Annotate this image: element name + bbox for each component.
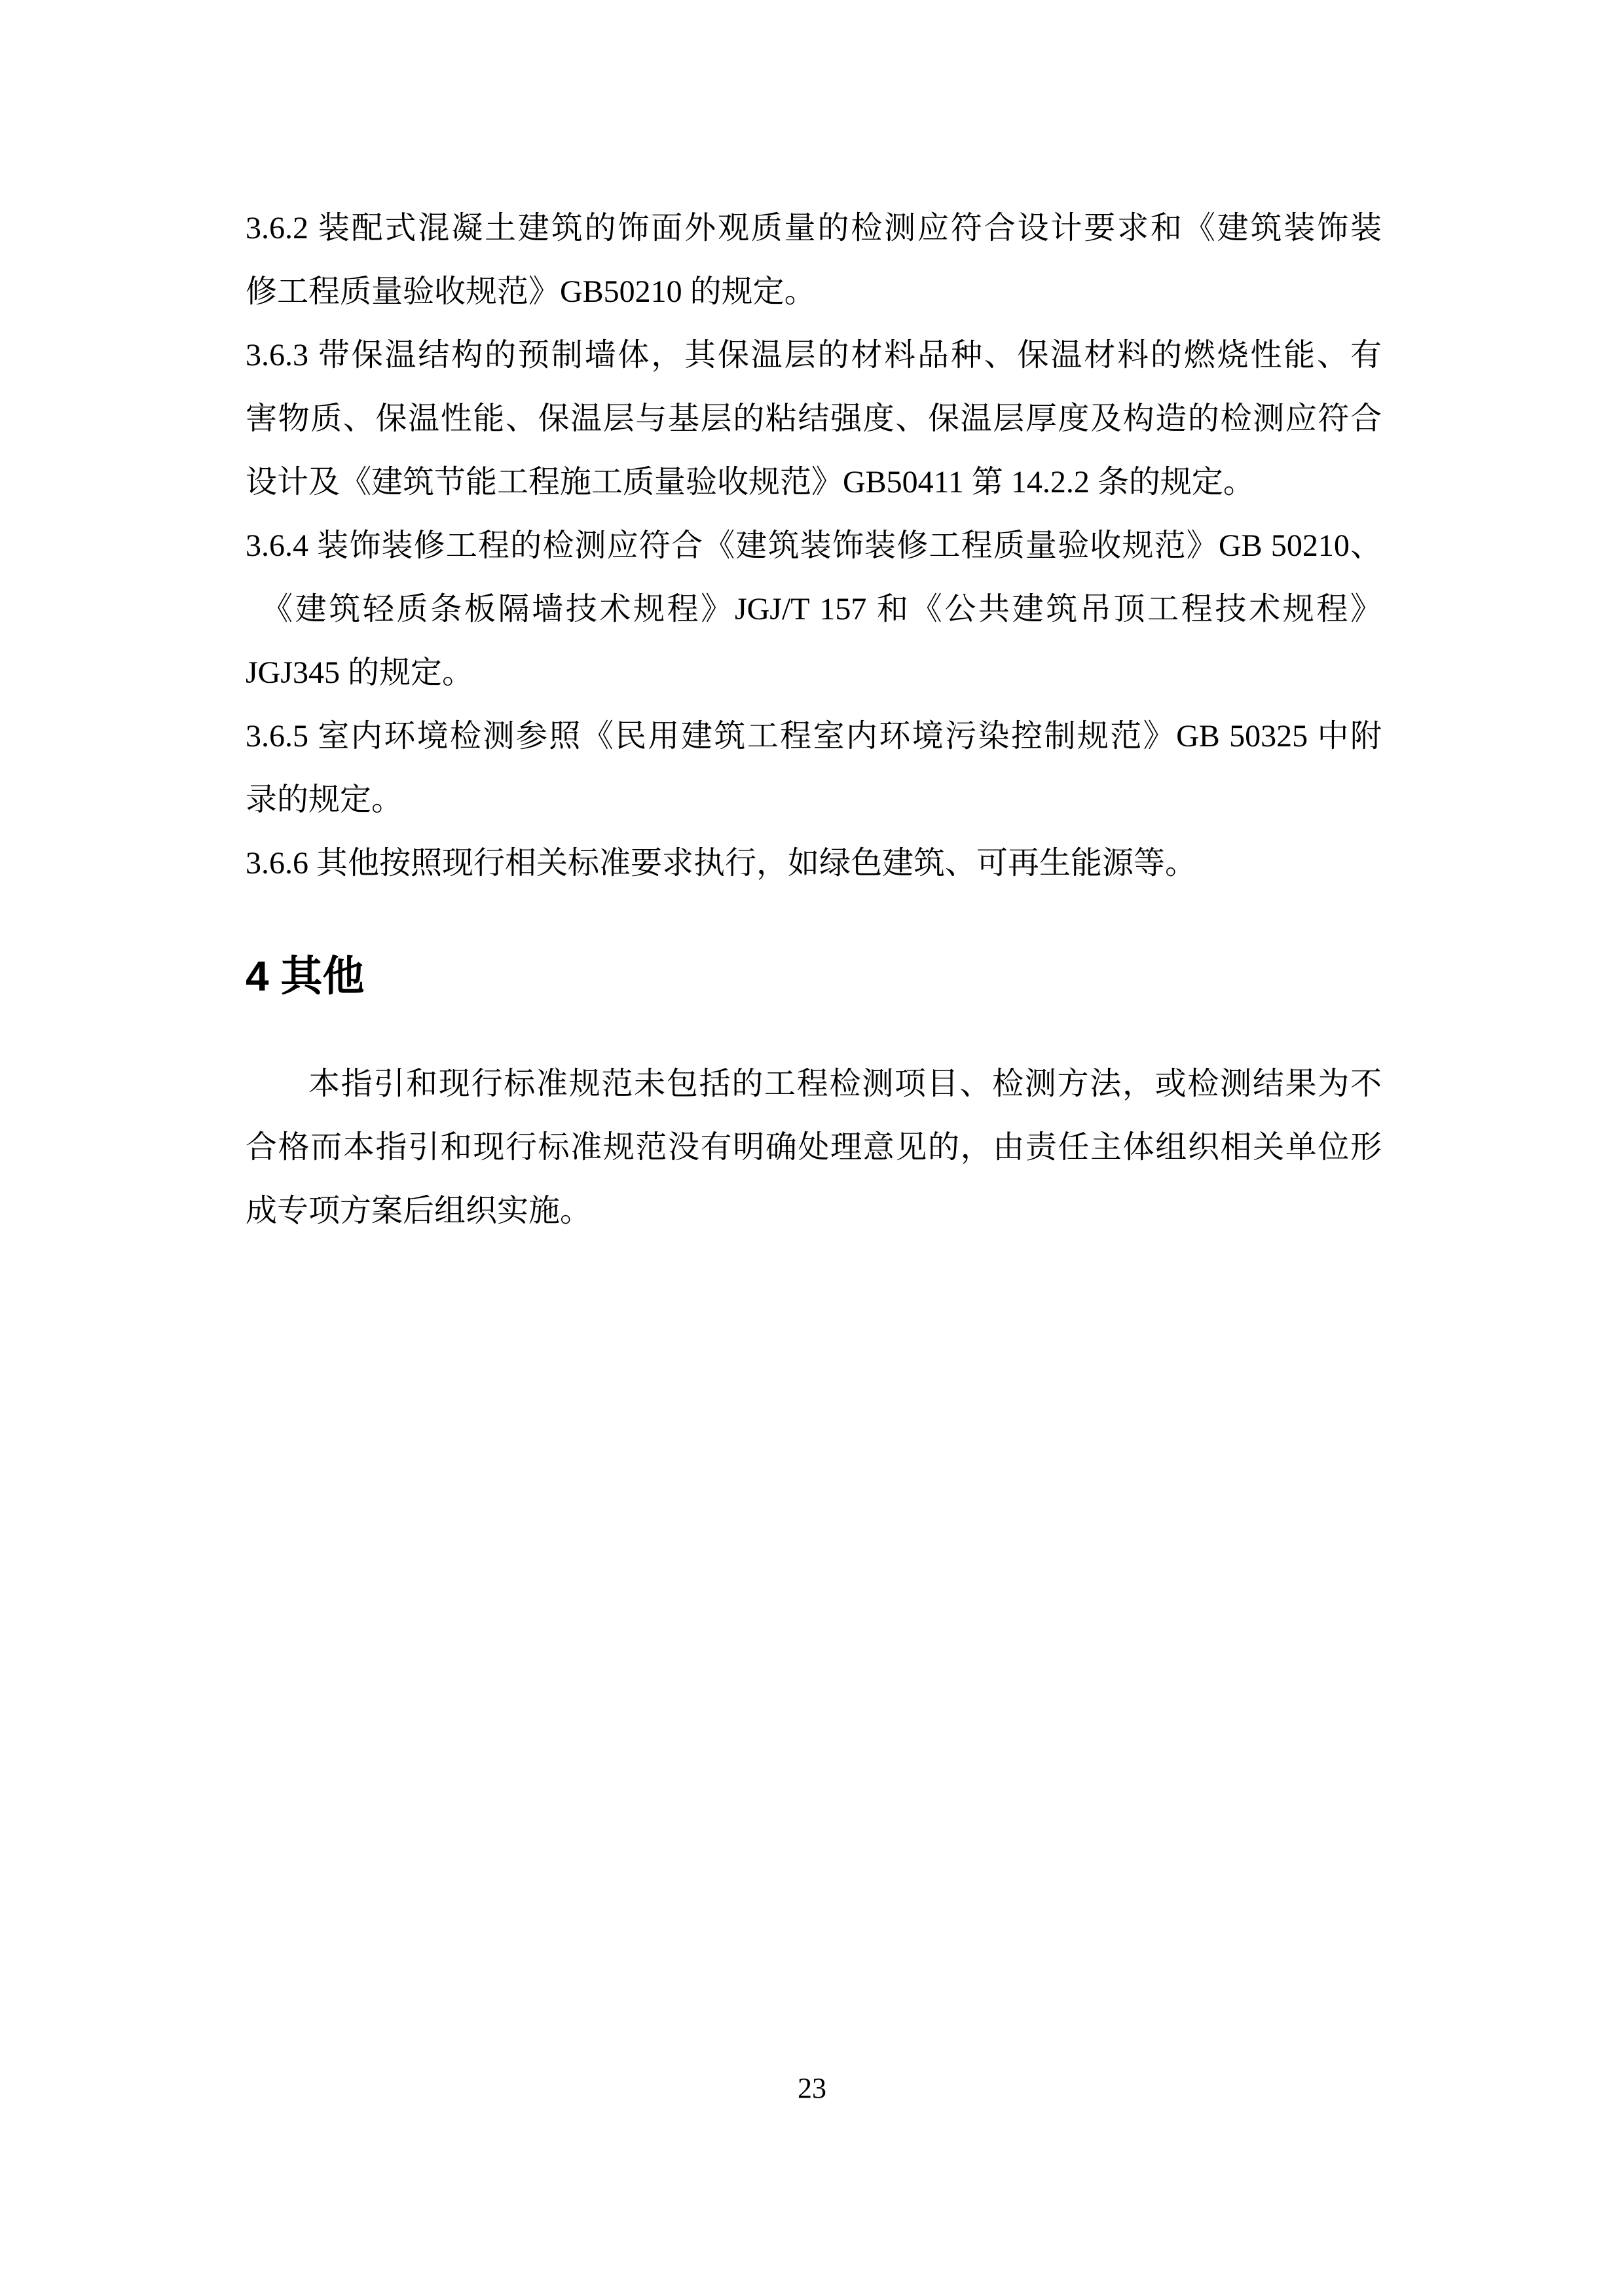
document-page: 3.6.2 装配式混凝土建筑的饰面外观质量的检测应符合设计要求和《建筑装饰装 修… [0,0,1624,2296]
closing-paragraph-line-2: 合格而本指引和现行标准规范没有明确处理意见的，由责任主体组织相关单位形 [246,1116,1382,1179]
clause-3-6-4-line-1: 3.6.4 装饰装修工程的检测应符合《建筑装饰装修工程质量验收规范》GB 502… [246,514,1382,577]
clause-3-6-3-line-2: 害物质、保温性能、保温层与基层的粘结强度、保温层厚度及构造的检测应符合 [246,387,1382,450]
page-number: 23 [0,2069,1624,2108]
clause-3-6-6-line-1: 3.6.6 其他按照现行相关标准要求执行，如绿色建筑、可再生能源等。 [246,831,1382,895]
closing-paragraph-line-1: 本指引和现行标准规范未包括的工程检测项目、检测方法，或检测结果为不 [246,1052,1382,1116]
clause-3-6-4-line-3: JGJ345 的规定。 [246,641,1382,704]
clause-3-6-2-line-2: 修工程质量验收规范》GB50210 的规定。 [246,260,1382,323]
section-heading-4-other: 4 其他 [246,946,1382,1006]
closing-paragraph: 本指引和现行标准规范未包括的工程检测项目、检测方法，或检测结果为不 合格而本指引… [246,1052,1382,1243]
closing-paragraph-line-3: 成专项方案后组织实施。 [246,1179,1382,1243]
clause-3-6-5-line-1: 3.6.5 室内环境检测参照《民用建筑工程室内环境污染控制规范》GB 50325… [246,704,1382,768]
clause-3-6-5-line-2: 录的规定。 [246,768,1382,831]
clause-3-6-3-line-1: 3.6.3 带保温结构的预制墙体，其保温层的材料品种、保温材料的燃烧性能、有 [246,323,1382,387]
clause-3-6-4-line-2: 《建筑轻质条板隔墙技术规程》JGJ/T 157 和《公共建筑吊顶工程技术规程》 [246,577,1382,641]
clause-3-6-2-line-1: 3.6.2 装配式混凝土建筑的饰面外观质量的检测应符合设计要求和《建筑装饰装 [246,196,1382,260]
document-body: 3.6.2 装配式混凝土建筑的饰面外观质量的检测应符合设计要求和《建筑装饰装 修… [246,196,1382,1243]
clause-3-6-3-line-3: 设计及《建筑节能工程施工质量验收规范》GB50411 第 14.2.2 条的规定… [246,450,1382,514]
